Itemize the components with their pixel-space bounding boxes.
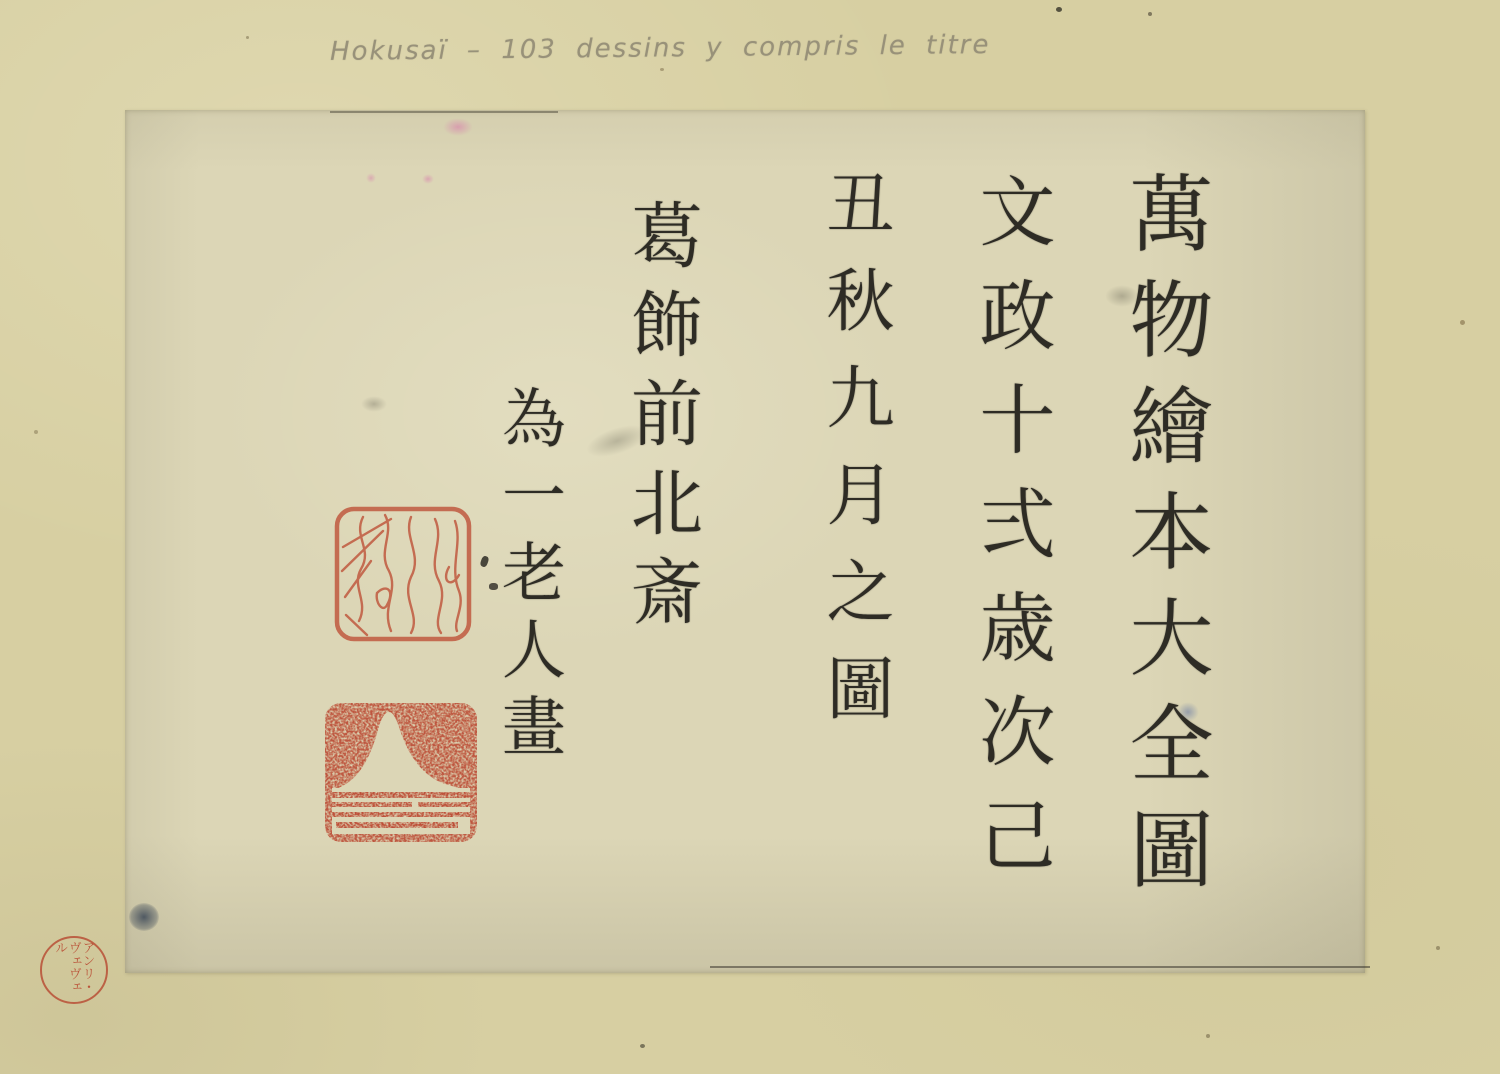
crease-line	[330, 111, 558, 113]
foxing-speck	[34, 430, 38, 434]
foxing-speck	[1206, 1034, 1210, 1038]
ink-speck	[479, 555, 489, 568]
blue-ink-blot	[129, 903, 159, 931]
foxing-speck	[1148, 12, 1152, 16]
ink-smudge	[361, 396, 387, 412]
fuji-seal-icon	[322, 700, 480, 845]
print-sheet: 萬物繪本大全圖 文政十弍歳次己 丑秋九月之圖 葛飾前北斎 為一老人畫	[125, 110, 1365, 973]
hokusai-wavy-seal-icon	[333, 505, 473, 643]
collector-stamp-text: アンリ・ヴェヴェル	[54, 941, 95, 999]
collector-stamp-left-column: ヴェヴェル	[53, 941, 82, 993]
foxing-speck	[1460, 320, 1465, 325]
scanned-document: Hokusaï – 103 dessins y compris le titre…	[0, 0, 1500, 1074]
vever-collector-stamp: アンリ・ヴェヴェル	[40, 936, 108, 1004]
pencil-inscription: Hokusaï – 103 dessins y compris le titre	[330, 31, 890, 67]
pink-stain	[422, 174, 434, 184]
foxing-speck	[1056, 7, 1062, 12]
foxing-speck	[640, 1044, 645, 1048]
calligraphy-column-date: 丑秋九月之圖	[821, 168, 889, 750]
calligraphy-column-artist-signature: 為一老人畫	[496, 385, 560, 770]
calligraphy-column-artist-name: 葛飾前北斎	[624, 198, 696, 643]
crease-line	[710, 966, 1370, 968]
pink-stain	[443, 118, 473, 136]
pink-stain	[366, 173, 376, 183]
foxing-speck	[660, 68, 664, 71]
foxing-speck	[246, 36, 249, 39]
collector-stamp-right-column: アンリ・	[80, 941, 95, 993]
calligraphy-column-title: 萬物繪本大全圖	[1121, 170, 1205, 912]
foxing-speck	[1436, 946, 1440, 950]
calligraphy-column-era: 文政十弍歳次己	[972, 172, 1048, 900]
